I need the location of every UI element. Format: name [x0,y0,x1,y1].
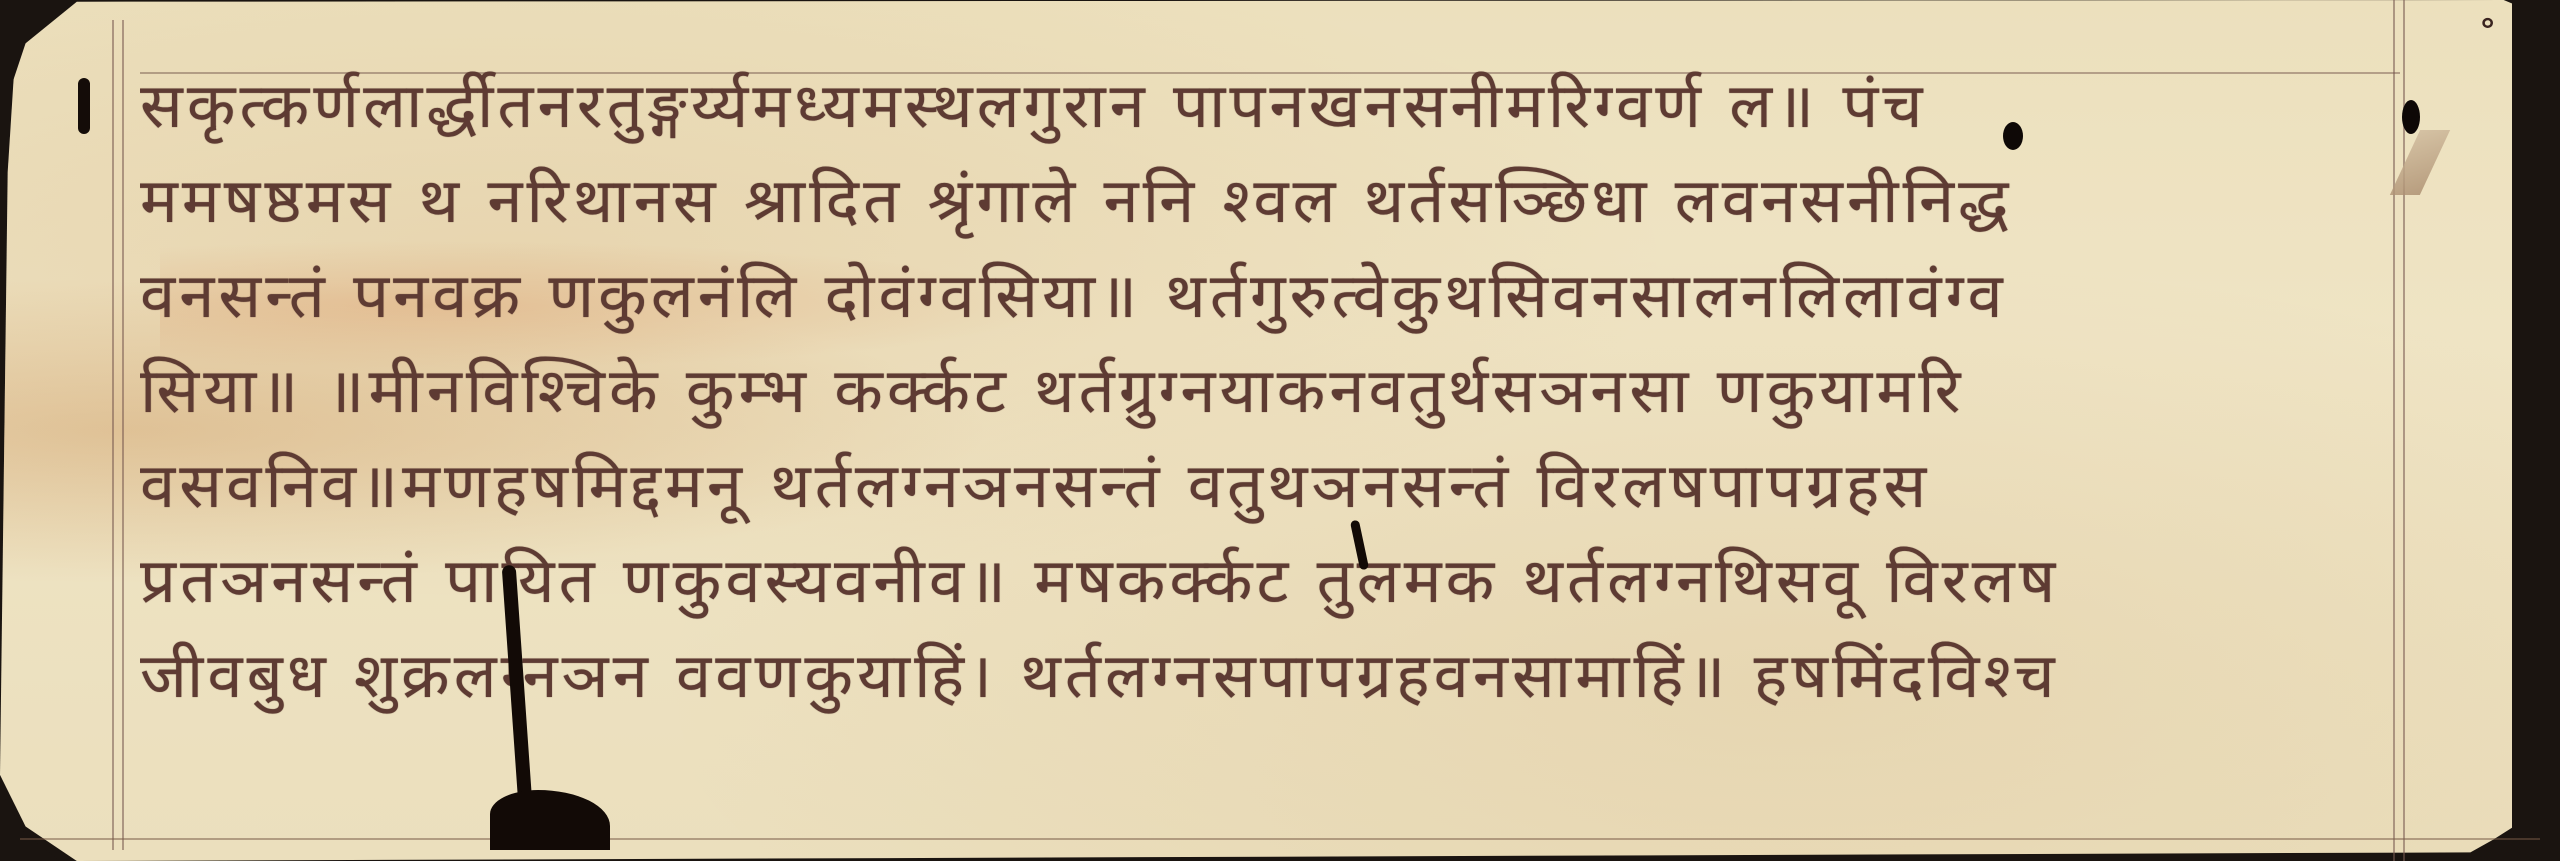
worm-hole [2402,100,2420,134]
left-margin-rule [122,20,124,850]
corner-glyph: ॰ [2480,0,2540,45]
text-line-7: जीवबुध शुक्रलग्नञन ववणकुयाहिं। थर्तलग्नस… [140,628,2400,723]
text-line-1: सकृत्कर्णलार्द्धीतनरतुङ्गर्य्यमध्यमस्थलग… [140,58,2400,153]
margin-marker-icon [78,78,90,134]
text-line-6: प्रतञनसन्तं पायित णकुवस्यवनीव॥ मषकर्क्कट… [140,533,2400,628]
scan-background [2512,0,2560,861]
text-line-2: ममषष्ठमस थ नरिथानस श्रादित श्रृंगाले ननि… [140,153,2400,248]
manuscript-text: सकृत्कर्णलार्द्धीतनरतुङ्गर्य्यमध्यमस्थलग… [140,58,2400,723]
text-line-3: वनसन्तं पनवक्र णकुलनंलि दोवंग्वसिया॥ थर्… [140,248,2400,343]
worm-hole [2003,122,2023,150]
text-line-5: वसवनिव॥मणहषमिद्दमनू थर्तलग्नञनसन्तं वतुथ… [140,438,2400,533]
bottom-edge-line [20,838,2540,840]
left-margin-rule [112,20,114,850]
text-line-4: सिया॥ ॥मीनविश्चिके कुम्भ कर्क्कट थर्तग्र… [140,343,2400,438]
